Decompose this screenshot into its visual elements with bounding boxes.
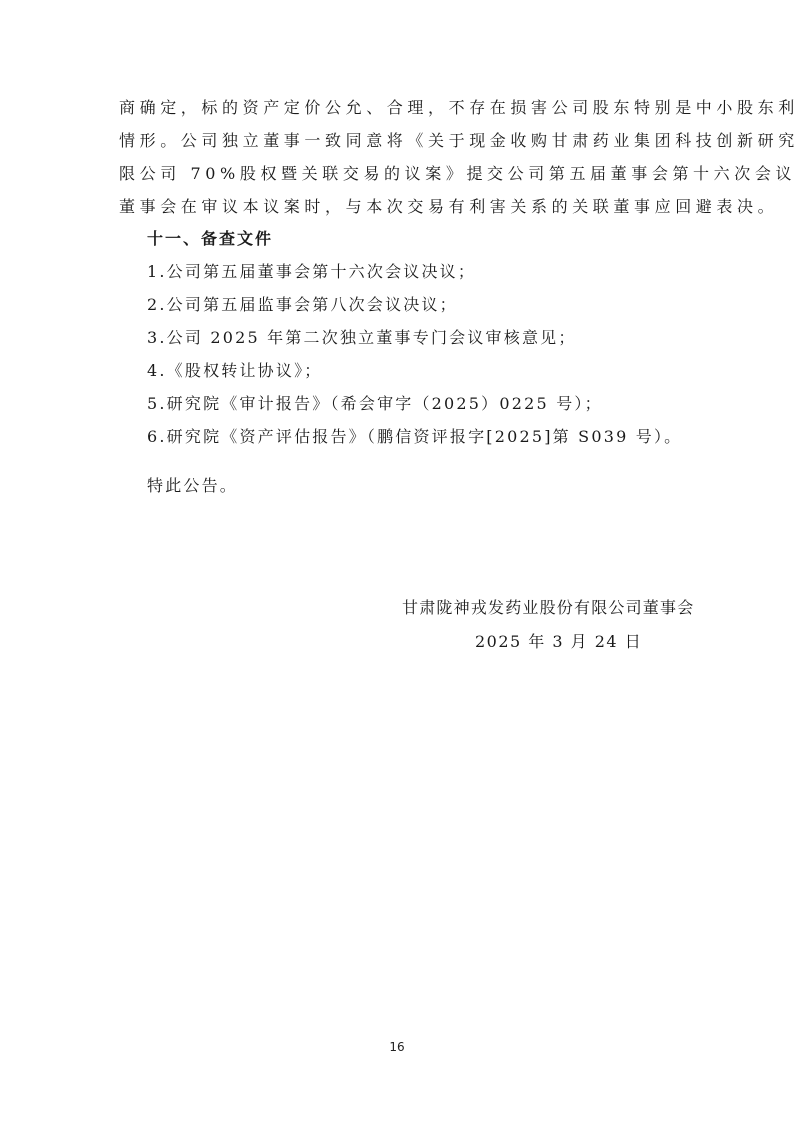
- reference-item-2: 2.公司第五届监事会第八次会议决议；: [147, 295, 458, 315]
- reference-item-3: 3.公司 2025 年第二次独立董事专门会议审核意见；: [147, 328, 577, 348]
- reference-item-6: 6.研究院《资产评估报告》（鹏信资评报字[2025]第 S039 号）。: [147, 427, 682, 447]
- page-number: 16: [0, 1040, 794, 1054]
- reference-item-4: 4.《股权转让协议》；: [147, 361, 322, 381]
- paragraph-line-4: 董事会在审议本议案时，与本次交易有利害关系的关联董事应回避表决。: [119, 197, 675, 217]
- paragraph-line-3: 限公司 70%股权暨关联交易的议案》提交公司第五届董事会第十六次会议审议；: [119, 164, 675, 184]
- paragraph-line-2: 情形。公司独立董事一致同意将《关于现金收购甘肃药业集团科技创新研究院有: [119, 131, 675, 151]
- closing-statement: 特此公告。: [147, 476, 238, 496]
- reference-item-1: 1.公司第五届董事会第十六次会议决议；: [147, 262, 476, 282]
- paragraph-line-1: 商确定，标的资产定价公允、合理，不存在损害公司股东特别是中小股东利益的: [119, 98, 675, 118]
- signature-date: 2025 年 3 月 24 日: [475, 632, 642, 652]
- reference-item-5: 5.研究院《审计报告》（希会审字（2025）0225 号）；: [147, 394, 603, 414]
- section-heading: 十一、备查文件: [147, 229, 273, 249]
- document-page: 商确定，标的资产定价公允、合理，不存在损害公司股东特别是中小股东利益的 情形。公…: [0, 0, 794, 1122]
- signature-company: 甘肃陇神戎发药业股份有限公司董事会: [402, 598, 675, 618]
